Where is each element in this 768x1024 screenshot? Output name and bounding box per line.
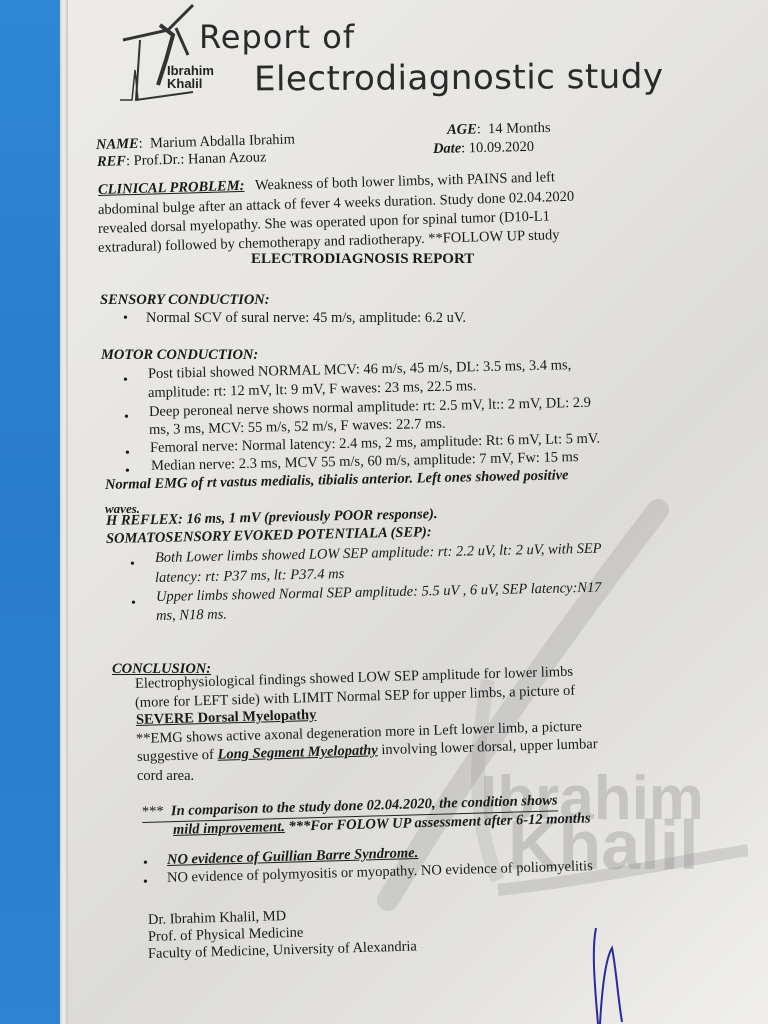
name-label: NAME	[96, 136, 139, 153]
date-row: Date: 10.09.2020	[433, 139, 534, 158]
ref-label: REF	[97, 153, 126, 170]
clinical-problem-heading: CLINICAL PROBLEM:	[98, 178, 245, 198]
date-value: 10.09.2020	[469, 139, 535, 156]
logo-name-line2: Khalil	[167, 77, 214, 90]
handwritten-signature-icon	[588, 918, 658, 1024]
logo-figure-icon	[118, 0, 208, 110]
bullet-icon: •	[124, 410, 129, 426]
motor-heading: MOTOR CONDUCTION:	[101, 347, 258, 364]
sensory-heading: SENSORY CONDUCTION:	[100, 292, 270, 309]
comparison-stars: ***	[142, 803, 164, 820]
bullet-icon: •	[130, 557, 135, 573]
name-value: Marium Abdalla Ibrahim	[150, 131, 295, 151]
sensory-item: Normal SCV of sural nerve: 45 m/s, ampli…	[146, 310, 466, 327]
report-title-line2: Electrodiagnostic study	[254, 57, 664, 100]
bullet-icon: •	[143, 875, 148, 891]
sep-item-2-line-2: ms, N18 ms.	[156, 607, 227, 625]
age-label: AGE	[447, 121, 477, 138]
report-title-line1: Report of	[199, 18, 355, 56]
sep-item-1-line-2: latency: rt: P37 ms, lt: P37.4 ms	[155, 566, 345, 587]
bullet-icon: •	[125, 446, 130, 462]
long-segment-myelopathy: Long Segment Myelopathy	[217, 742, 378, 762]
report-page: Ibrahim Khalil Ibrahim Khalil Report of …	[68, 0, 768, 1024]
bullet-icon: •	[123, 373, 128, 389]
electrodiagnosis-report-title: ELECTRODIAGNOSIS REPORT	[251, 251, 474, 268]
conclusion-line-5-pre: suggestive of	[137, 747, 218, 765]
paper-edge	[60, 0, 68, 1024]
date-label: Date	[433, 140, 462, 157]
logo-name: Ibrahim Khalil	[167, 64, 214, 90]
age-value: 14 Months	[488, 120, 551, 137]
age-row: AGE: 14 Months	[447, 120, 551, 139]
bullet-icon: •	[131, 596, 136, 612]
mild-improvement: mild improvement.	[173, 819, 285, 838]
bullet-icon: •	[123, 311, 128, 327]
ref-value: Prof.Dr.: Hanan Azouz	[133, 149, 266, 169]
bullet-icon: •	[143, 856, 148, 872]
conclusion-line-6: cord area.	[137, 768, 194, 785]
referral-row: REF: Prof.Dr.: Hanan Azouz	[97, 149, 267, 171]
background-surface	[0, 0, 64, 1024]
